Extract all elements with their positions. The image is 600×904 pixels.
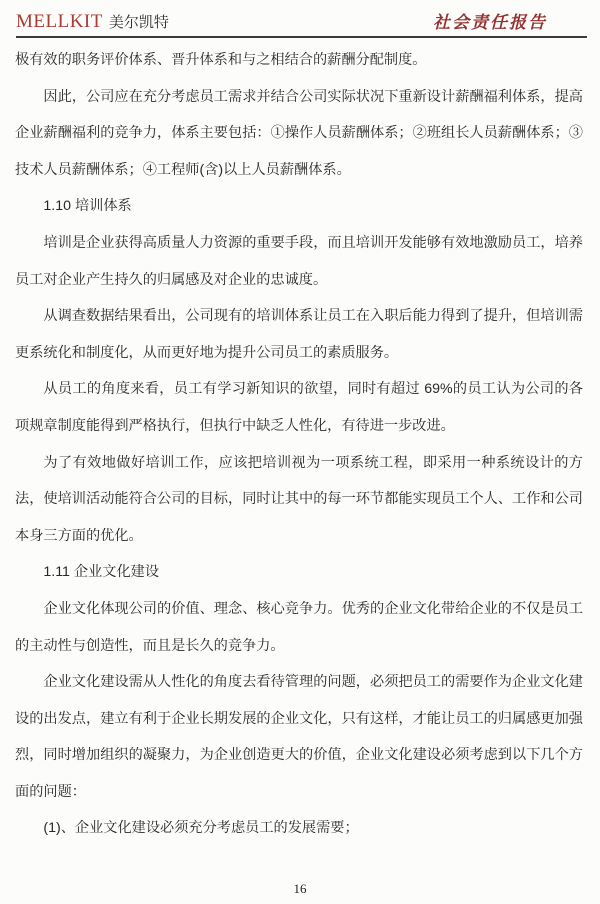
paragraph: 为了有效地做好培训工作，应该把培训视为一项系统工程，即采用一种系统设计的方法，使… (15, 445, 583, 555)
report-title: 社会责任报告 (433, 8, 587, 33)
paragraph: 企业文化体现公司的价值、理念、核心竞争力。优秀的企业文化带给企业的不仅是员工的主… (15, 591, 583, 664)
page-header: MELLKIT 美尔凯特 社会责任报告 (16, 0, 587, 38)
page-number: 16 (294, 881, 307, 896)
document-page: MELLKIT 美尔凯特 社会责任报告 极有效的职务评价体系、晋升体系和与之相结… (0, 0, 600, 904)
paragraph: 因此，公司应在充分考虑员工需求并结合公司实际状况下重新设计薪酬福利体系，提高企业… (15, 79, 583, 189)
section-heading: 1.11 企业文化建设 (15, 554, 583, 591)
brand-logo-text: MELLKIT (16, 11, 103, 33)
paragraph: 从员工的角度来看，员工有学习新知识的欲望，同时有超过 69%的员工认为公司的各项… (15, 371, 583, 444)
paragraph: 极有效的职务评价体系、晋升体系和与之相结合的薪酬分配制度。 (15, 42, 583, 79)
paragraph: (1)、企业文化建设必须充分考虑员工的发展需要； (15, 810, 583, 847)
brand-name-cjk: 美尔凯特 (109, 11, 169, 32)
brand: MELLKIT 美尔凯特 (16, 11, 169, 33)
paragraph: 企业文化建设需从人性化的角度去看待管理的问题，必须把员工的需要作为企业文化建设的… (15, 664, 583, 810)
paragraph: 培训是企业获得高质量人力资源的重要手段，而且培训开发能够有效地激励员工，培养员工… (15, 225, 583, 298)
paragraph: 从调查数据结果看出，公司现有的培训体系让员工在入职后能力得到了提升，但培训需更系… (15, 298, 583, 371)
document-body: 极有效的职务评价体系、晋升体系和与之相结合的薪酬分配制度。因此，公司应在充分考虑… (15, 42, 583, 847)
page-footer: 16 (0, 880, 600, 898)
section-heading: 1.10 培训体系 (15, 188, 583, 225)
